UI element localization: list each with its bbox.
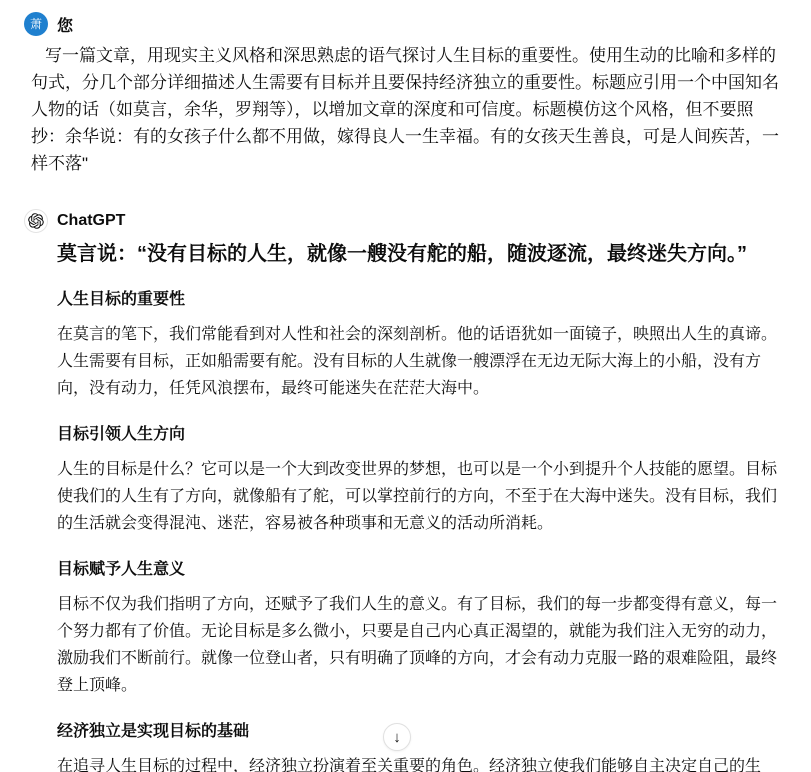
down-arrow-icon: ↓ <box>393 730 401 745</box>
user-message-header: 萧 您 <box>0 12 811 36</box>
assistant-message: ChatGPT 莫言说：“没有目标的人生，就像一艘没有舵的船，随波逐流，最终迷失… <box>0 209 811 772</box>
user-message: 萧 您 写一篇文章，用现实主义风格和深思熟虑的语气探讨人生目标的重要性。使用生动… <box>0 12 811 177</box>
article-section: 经济独立是实现目标的基础 在追寻人生目标的过程中，经济独立扮演着至关重要的角色。… <box>57 721 787 772</box>
assistant-content: 莫言说：“没有目标的人生，就像一艘没有舵的船，随波逐流，最终迷失方向。” 人生目… <box>57 241 787 772</box>
section-heading: 经济独立是实现目标的基础 <box>57 721 787 743</box>
chat-conversation: 萧 您 写一篇文章，用现实主义风格和深思熟虑的语气探讨人生目标的重要性。使用生动… <box>0 0 811 772</box>
assistant-name: ChatGPT <box>57 212 125 230</box>
article-title: 莫言说：“没有目标的人生，就像一艘没有舵的船，随波逐流，最终迷失方向。” <box>57 241 787 267</box>
assistant-message-header: ChatGPT <box>0 209 811 233</box>
user-name: 您 <box>57 13 73 36</box>
article-section: 人生目标的重要性 在莫言的笔下，我们常能看到对人性和社会的深刻剖析。他的话语犹如… <box>57 289 787 402</box>
section-body: 在莫言的笔下，我们常能看到对人性和社会的深刻剖析。他的话语犹如一面镜子，映照出人… <box>57 321 787 402</box>
user-avatar-initial: 萧 <box>30 18 42 30</box>
scroll-to-bottom-button[interactable]: ↓ <box>383 723 411 751</box>
user-message-text: 写一篇文章，用现实主义风格和深思熟虑的语气探讨人生目标的重要性。使用生动的比喻和… <box>31 42 787 177</box>
section-heading: 目标赋予人生意义 <box>57 559 787 581</box>
article-section: 目标赋予人生意义 目标不仅为我们指明了方向，还赋予了我们人生的意义。有了目标，我… <box>57 559 787 699</box>
section-body: 人生的目标是什么？它可以是一个大到改变世界的梦想，也可以是一个小到提升个人技能的… <box>57 456 787 537</box>
chatgpt-avatar <box>24 209 48 233</box>
section-heading: 人生目标的重要性 <box>57 289 787 311</box>
user-avatar: 萧 <box>24 12 48 36</box>
article-section: 目标引领人生方向 人生的目标是什么？它可以是一个大到改变世界的梦想，也可以是一个… <box>57 424 787 537</box>
section-body: 在追寻人生目标的过程中，经济独立扮演着至关重要的角色。经济独立使我们能够自主决定… <box>57 753 787 772</box>
section-heading: 目标引领人生方向 <box>57 424 787 446</box>
section-body: 目标不仅为我们指明了方向，还赋予了我们人生的意义。有了目标，我们的每一步都变得有… <box>57 591 787 699</box>
openai-logo-icon <box>28 213 44 229</box>
